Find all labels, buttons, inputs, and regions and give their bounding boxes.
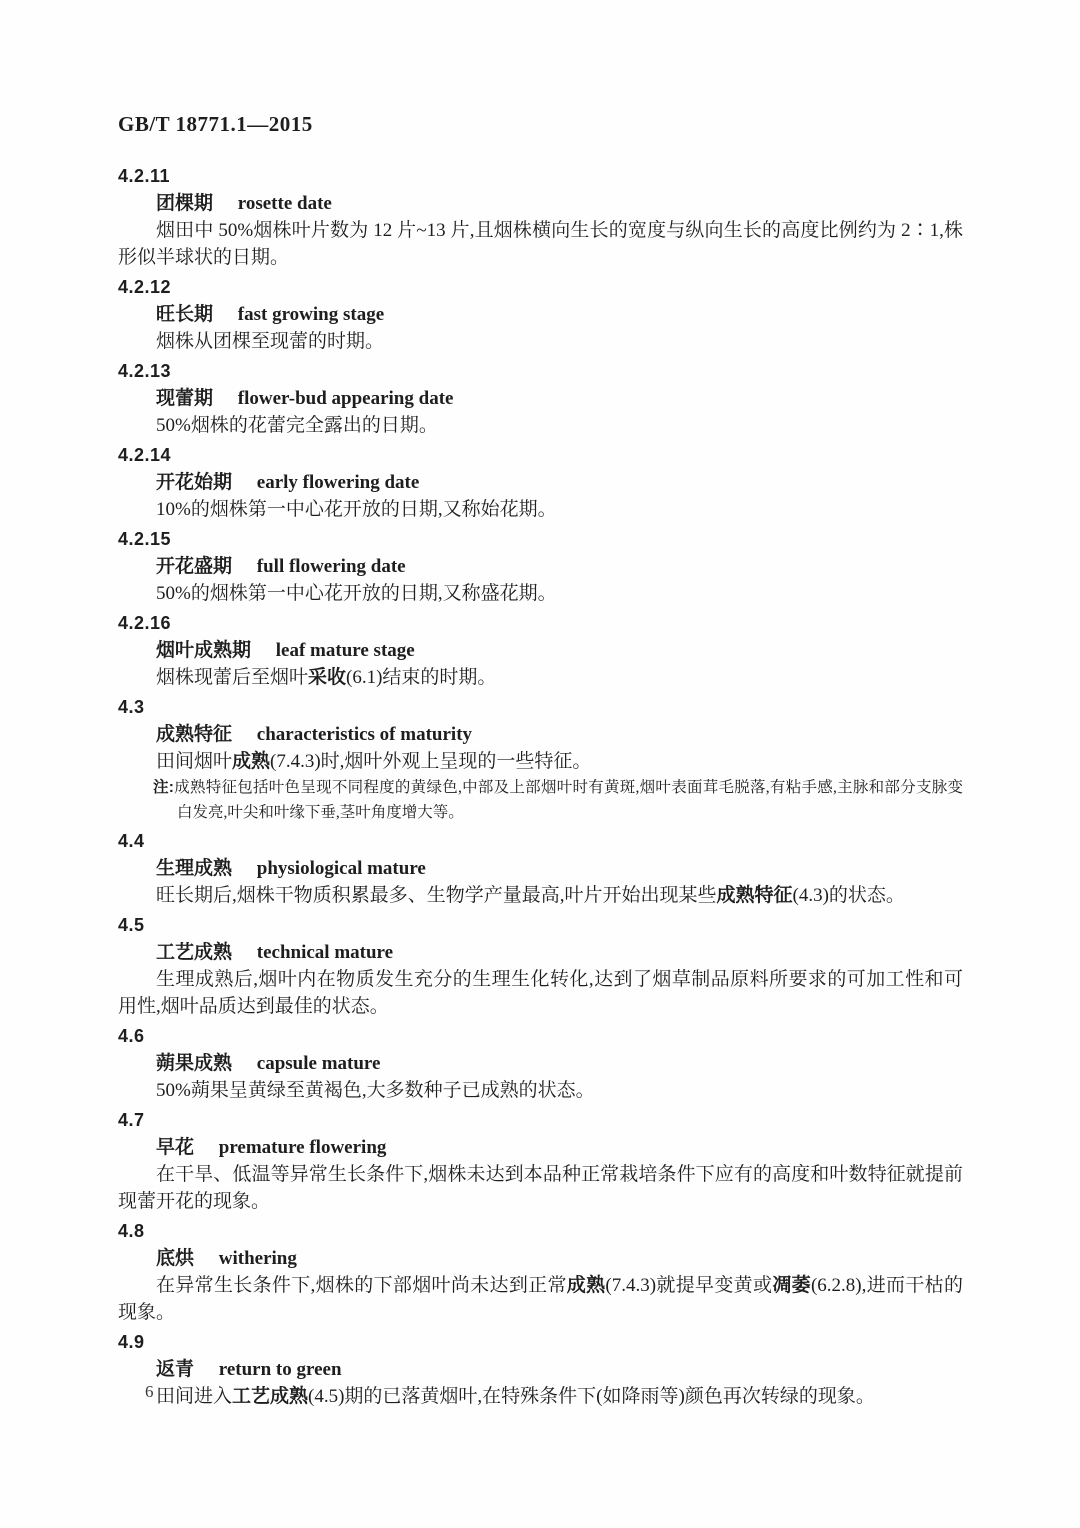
text-segment: (4.3)的状态。	[793, 885, 905, 906]
term-line: 开花始期 early flowering date	[156, 469, 963, 496]
clause-number: 4.2.15	[118, 526, 963, 553]
text-segment: (4.5)期的已落黄烟叶,在特殊条件下(如降雨等)颜色再次转绿的现象。	[308, 1386, 875, 1407]
clauses-container: 4.2.11 团棵期 rosette date 烟田中 50%烟株叶片数为 12…	[118, 163, 963, 1410]
clause-number: 4.3	[118, 694, 963, 721]
clause-section: 4.2.11 团棵期 rosette date 烟田中 50%烟株叶片数为 12…	[118, 163, 963, 271]
term-english: capsule mature	[257, 1053, 381, 1074]
clause-number: 4.2.14	[118, 442, 963, 469]
text-segment: 旺长期后,烟株干物质积累最多、生物学产量最高,叶片开始出现某些	[156, 885, 717, 906]
definition-paragraph: 田间进入工艺成熟(4.5)期的已落黄烟叶,在特殊条件下(如降雨等)颜色再次转绿的…	[118, 1383, 963, 1410]
text-segment: 在干旱、低温等异常生长条件下,烟株未达到本品种正常栽培条件下应有的高度和叶数特征…	[118, 1164, 963, 1212]
definition-paragraph: 烟株从团棵至现蕾的时期。	[118, 328, 963, 355]
text-segment: (6.1)结束的时期。	[346, 667, 496, 688]
text-segment: 50%蒴果呈黄绿至黄褐色,大多数种子已成熟的状态。	[156, 1080, 595, 1101]
definition-paragraph: 烟田中 50%烟株叶片数为 12 片~13 片,且烟株横向生长的宽度与纵向生长的…	[118, 217, 963, 271]
term-english: leaf mature stage	[276, 640, 415, 661]
clause-section: 4.2.12 旺长期 fast growing stage 烟株从团棵至现蕾的时…	[118, 274, 963, 355]
text-segment: (7.4.3)就提早变黄或	[605, 1275, 772, 1296]
clause-number: 4.2.16	[118, 610, 963, 637]
text-segment: 田间进入	[156, 1386, 232, 1407]
definition-paragraph: 50%的烟株第一中心花开放的日期,又称盛花期。	[118, 580, 963, 607]
text-segment: 50%烟株的花蕾完全露出的日期。	[156, 415, 438, 436]
definition-paragraph: 在干旱、低温等异常生长条件下,烟株未达到本品种正常栽培条件下应有的高度和叶数特征…	[118, 1161, 963, 1215]
term-chinese: 生理成熟	[156, 858, 232, 879]
text-segment: 成熟特征	[717, 885, 793, 906]
clause-section: 4.6 蒴果成熟 capsule mature 50%蒴果呈黄绿至黄褐色,大多数…	[118, 1023, 963, 1104]
term-chinese: 工艺成熟	[156, 942, 232, 963]
term-english: full flowering date	[257, 556, 406, 577]
text-segment: 田间烟叶	[156, 751, 232, 772]
term-english: flower-bud appearing date	[238, 388, 454, 409]
term-line: 现蕾期 flower-bud appearing date	[156, 385, 963, 412]
term-line: 成熟特征 characteristics of maturity	[156, 721, 963, 748]
text-segment: 凋萎	[772, 1275, 811, 1296]
term-english: fast growing stage	[238, 304, 384, 325]
clause-number: 4.6	[118, 1023, 963, 1050]
term-chinese: 成熟特征	[156, 724, 232, 745]
term-chinese: 开花盛期	[156, 556, 232, 577]
clause-section: 4.8 底烘 withering 在异常生长条件下,烟株的下部烟叶尚未达到正常成…	[118, 1218, 963, 1326]
definition-paragraph: 50%蒴果呈黄绿至黄褐色,大多数种子已成熟的状态。	[118, 1077, 963, 1104]
text-segment: 采收	[308, 667, 346, 688]
clause-number: 4.8	[118, 1218, 963, 1245]
definition-paragraph: 烟株现蕾后至烟叶采收(6.1)结束的时期。	[118, 664, 963, 691]
term-chinese: 开花始期	[156, 472, 232, 493]
term-chinese: 烟叶成熟期	[156, 640, 251, 661]
text-segment: 成熟	[567, 1275, 606, 1296]
text-segment: 10%的烟株第一中心花开放的日期,又称始花期。	[156, 499, 557, 520]
term-english: characteristics of maturity	[257, 724, 472, 745]
clause-number: 4.2.11	[118, 163, 963, 190]
text-segment: 50%的烟株第一中心花开放的日期,又称盛花期。	[156, 583, 557, 604]
term-chinese: 现蕾期	[156, 388, 213, 409]
document-page: GB/T 18771.1—2015 4.2.11 团棵期 rosette dat…	[0, 0, 1080, 1528]
term-line: 早花 premature flowering	[156, 1134, 963, 1161]
definition-paragraph: 10%的烟株第一中心花开放的日期,又称始花期。	[118, 496, 963, 523]
term-line: 旺长期 fast growing stage	[156, 301, 963, 328]
term-line: 开花盛期 full flowering date	[156, 553, 963, 580]
page-number: 6	[145, 1382, 154, 1402]
clause-number: 4.2.13	[118, 358, 963, 385]
term-chinese: 团棵期	[156, 193, 213, 214]
clause-number: 4.5	[118, 912, 963, 939]
term-english: rosette date	[238, 193, 332, 214]
term-line: 烟叶成熟期 leaf mature stage	[156, 637, 963, 664]
note-paragraph: 注:成熟特征包括叶色呈现不同程度的黄绿色,中部及上部烟叶时有黄斑,烟叶表面茸毛脱…	[118, 775, 963, 825]
term-english: early flowering date	[257, 472, 420, 493]
term-line: 团棵期 rosette date	[156, 190, 963, 217]
clause-section: 4.5 工艺成熟 technical mature 生理成熟后,烟叶内在物质发生…	[118, 912, 963, 1020]
term-english: technical mature	[257, 942, 393, 963]
term-chinese: 早花	[156, 1137, 194, 1158]
term-english: premature flowering	[219, 1137, 387, 1158]
definition-paragraph: 在异常生长条件下,烟株的下部烟叶尚未达到正常成熟(7.4.3)就提早变黄或凋萎(…	[118, 1272, 963, 1326]
term-chinese: 旺长期	[156, 304, 213, 325]
definition-paragraph: 50%烟株的花蕾完全露出的日期。	[118, 412, 963, 439]
clause-section: 4.2.15 开花盛期 full flowering date 50%的烟株第一…	[118, 526, 963, 607]
definition-paragraph: 生理成熟后,烟叶内在物质发生充分的生理生化转化,达到了烟草制品原料所要求的可加工…	[118, 966, 963, 1020]
clause-number: 4.7	[118, 1107, 963, 1134]
text-segment: 成熟特征包括叶色呈现不同程度的黄绿色,中部及上部烟叶时有黄斑,烟叶表面茸毛脱落,…	[174, 779, 963, 821]
term-english: return to green	[219, 1359, 342, 1380]
text-segment: 在异常生长条件下,烟株的下部烟叶尚未达到正常	[156, 1275, 567, 1296]
standard-number-header: GB/T 18771.1—2015	[118, 112, 313, 137]
clause-section: 4.3 成熟特征 characteristics of maturity 田间烟…	[118, 694, 963, 825]
definition-paragraph: 旺长期后,烟株干物质积累最多、生物学产量最高,叶片开始出现某些成熟特征(4.3)…	[118, 882, 963, 909]
text-segment: 烟田中 50%烟株叶片数为 12 片~13 片,且烟株横向生长的宽度与纵向生长的…	[118, 220, 963, 268]
term-chinese: 蒴果成熟	[156, 1053, 232, 1074]
term-line: 蒴果成熟 capsule mature	[156, 1050, 963, 1077]
clause-number: 4.4	[118, 828, 963, 855]
term-line: 生理成熟 physiological mature	[156, 855, 963, 882]
clause-section: 4.2.14 开花始期 early flowering date 10%的烟株第…	[118, 442, 963, 523]
clause-number: 4.2.12	[118, 274, 963, 301]
term-english: withering	[219, 1248, 297, 1269]
clause-section: 4.2.16 烟叶成熟期 leaf mature stage 烟株现蕾后至烟叶采…	[118, 610, 963, 691]
text-segment: 烟株从团棵至现蕾的时期。	[156, 331, 384, 352]
clause-section: 4.9 返青 return to green 田间进入工艺成熟(4.5)期的已落…	[118, 1329, 963, 1410]
clause-section: 4.4 生理成熟 physiological mature 旺长期后,烟株干物质…	[118, 828, 963, 909]
term-chinese: 返青	[156, 1359, 194, 1380]
clause-number: 4.9	[118, 1329, 963, 1356]
clause-section: 4.7 早花 premature flowering 在干旱、低温等异常生长条件…	[118, 1107, 963, 1215]
text-segment: 工艺成熟	[232, 1386, 308, 1407]
term-line: 工艺成熟 technical mature	[156, 939, 963, 966]
text-segment: 注:	[153, 779, 174, 796]
term-english: physiological mature	[257, 858, 426, 879]
term-line: 底烘 withering	[156, 1245, 963, 1272]
term-line: 返青 return to green	[156, 1356, 963, 1383]
text-segment: 成熟	[232, 751, 270, 772]
term-chinese: 底烘	[156, 1248, 194, 1269]
text-segment: 生理成熟后,烟叶内在物质发生充分的生理生化转化,达到了烟草制品原料所要求的可加工…	[118, 969, 963, 1017]
text-segment: (7.4.3)时,烟叶外观上呈现的一些特征。	[270, 751, 591, 772]
clause-section: 4.2.13 现蕾期 flower-bud appearing date 50%…	[118, 358, 963, 439]
text-segment: 烟株现蕾后至烟叶	[156, 667, 308, 688]
definition-paragraph: 田间烟叶成熟(7.4.3)时,烟叶外观上呈现的一些特征。	[118, 748, 963, 775]
